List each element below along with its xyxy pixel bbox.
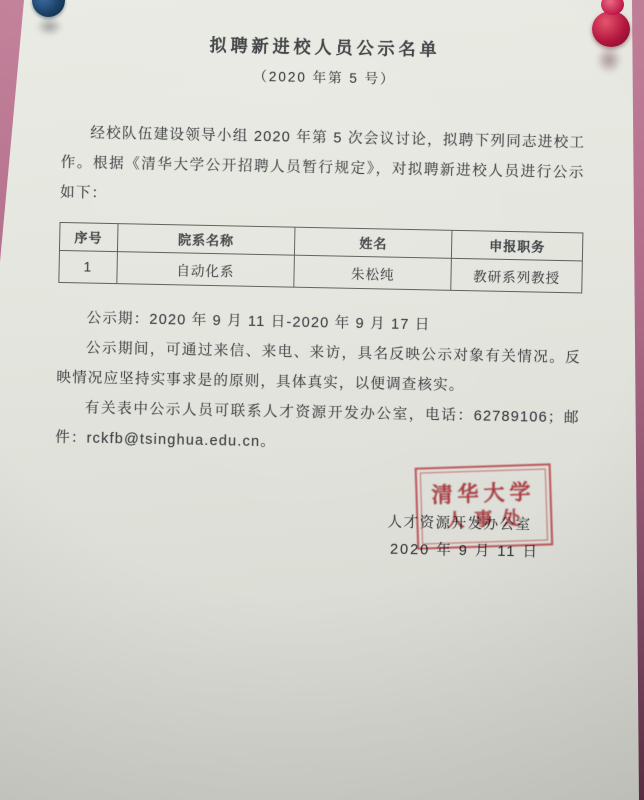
cell-serial-no: 1	[59, 250, 117, 283]
publicity-table: 序号 院系名称 姓名 申报职务 1 自动化系 朱松纯 教研系列教授	[58, 222, 583, 294]
official-stamp: 清华大学 人事处	[415, 463, 554, 549]
red-pushpin-icon	[592, 11, 630, 47]
contact-paragraph: 有关表中公示人员可联系人才资源开发办公室，电话：62789106；邮件：rckf…	[55, 393, 580, 464]
notice-content: 拟聘新进校人员公示名单 （2020 年第 5 号） 经校队伍建设领导小组 202…	[53, 0, 588, 567]
pink-pinboard-background: 拟聘新进校人员公示名单 （2020 年第 5 号） 经校队伍建设领导小组 202…	[0, 0, 644, 800]
intro-paragraph: 经校队伍建设领导小组 2020 年第 5 次会议讨论，拟聘下列同志进校工作。根据…	[60, 118, 586, 218]
cell-department: 自动化系	[116, 252, 294, 288]
cell-name: 朱松纯	[294, 255, 452, 290]
official-stamp-border: 清华大学 人事处	[420, 469, 548, 545]
signature-block: 人才资源开发办公室 2020 年 9 月 11 日 清华大学 人事处	[53, 503, 578, 568]
header-name: 姓名	[295, 227, 452, 258]
issue-number: （2020 年第 5 号）	[62, 62, 586, 95]
header-department: 院系名称	[117, 224, 295, 256]
blue-pushpin-shadow	[36, 17, 63, 36]
header-serial-no: 序号	[59, 222, 117, 251]
red-pushpin-shadow	[596, 46, 622, 74]
cell-position: 教研系列教授	[451, 258, 582, 293]
stamp-text-university: 清华大学	[431, 480, 536, 509]
feedback-paragraph: 公示期间，可通过来信、来电、来访，具名反映公示对象有关情况。反映情况应坚持实事求…	[56, 333, 581, 404]
header-position: 申报职务	[452, 230, 583, 261]
stamp-text-hr-office: 人事处	[446, 506, 531, 533]
notice-title: 拟聘新进校人员公示名单	[63, 30, 587, 67]
